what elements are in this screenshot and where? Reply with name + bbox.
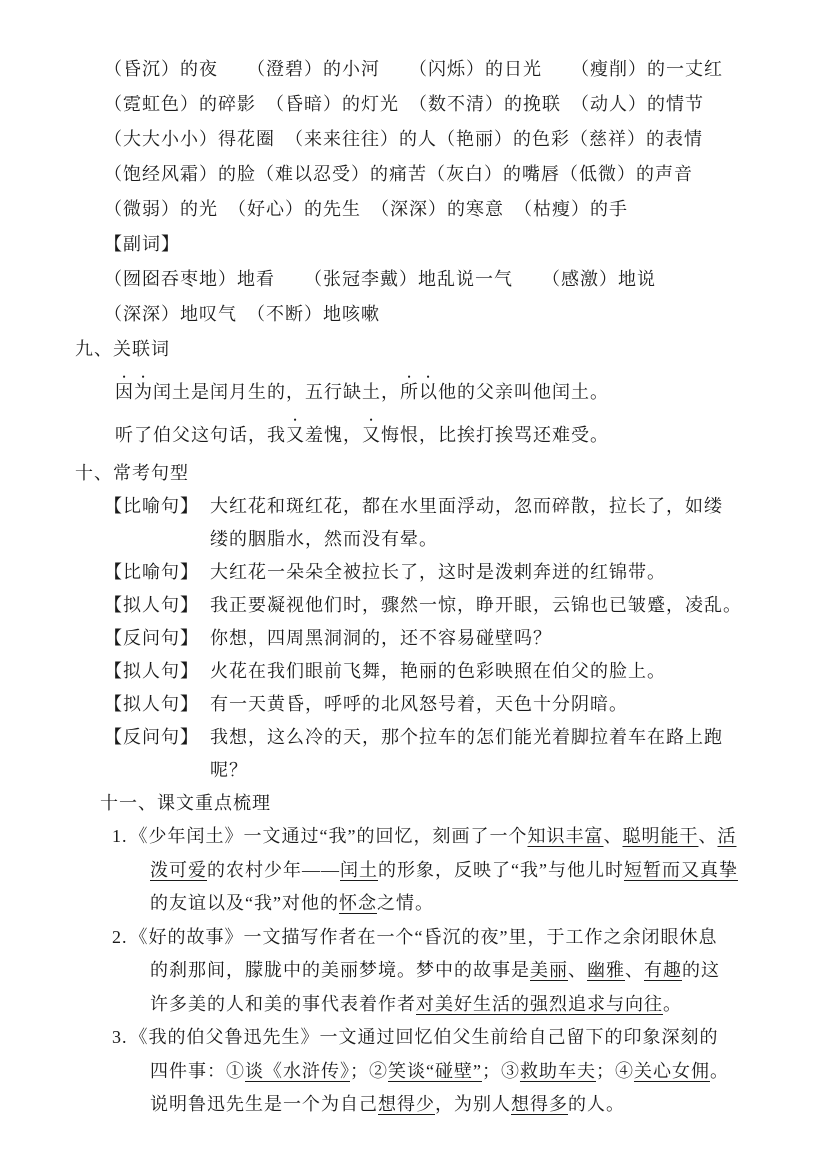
sentence-type-label: 【反问句】 (104, 628, 199, 648)
sentence-text: 我想，这么冷的天，那个拉车的怎们能光着脚拉着车在路上跑呢？ (210, 727, 723, 780)
text-segment: 、 (698, 826, 717, 846)
sentence-example-item: 【比喻句】大红花和斑红花，都在水里面浮动，忽而碎散，拉长了，如缕缕的胭脂水，然而… (210, 490, 738, 556)
sentence-example-item: 【比喻句】大红花一朵朵全被拉长了，这时是泼剌奔迸的红锦带。 (210, 556, 738, 589)
sentence-example-item: 【反问句】我想，这么冷的天，那个拉车的怎们能光着脚拉着车在路上跑呢？ (210, 721, 738, 787)
text-segment: 闰土是闰月生的，五行缺土， (153, 382, 400, 402)
text-segment: 。 (663, 994, 682, 1014)
summary-item: 2.《好的故事》一文描写作者在一个“昏沉的夜”里，于工作之余闭眼休息的刹那间，朦… (150, 921, 734, 1022)
sentence-type-label: 【拟人句】 (104, 694, 199, 714)
emphasized-word: 又 (362, 425, 381, 445)
underlined-phrase: 知识丰富 (527, 826, 603, 846)
sentence-example-item: 【反问句】你想，四周黑洞洞的，还不容易碰壁吗？ (210, 622, 738, 655)
sentence-text: 大红花和斑红花，都在水里面浮动，忽而碎散，拉长了，如缕缕的胭脂水，然而没有晕。 (210, 496, 723, 549)
item-number: 3. (112, 1027, 128, 1047)
adjective-word-line: （昏沉）的夜 （澄碧）的小河 （闪烁）的日光 （瘦削）的一丈红 (104, 52, 826, 87)
text-segment: 的农村少年—— (207, 860, 340, 880)
text-segment: 《少年闰土》一文通过“我”的回忆，刻画了一个 (130, 826, 528, 846)
text-segment: ；③ (482, 1061, 520, 1081)
underlined-phrase: 谈《水浒传》 (245, 1061, 350, 1081)
text-segment: 、 (603, 826, 622, 846)
section-heading-guanlianci: 九、关联词 (75, 332, 826, 367)
sentence-type-label: 【拟人句】 (104, 595, 199, 615)
underlined-phrase: 关心女佣 (634, 1061, 710, 1081)
summary-item: 1.《少年闰土》一文通过“我”的回忆，刻画了一个知识丰富、聪明能干、活泼可爱的农… (150, 820, 738, 921)
underlined-phrase: 对美好生活的强烈追求与向往 (416, 994, 663, 1014)
emphasized-word: 因为 (115, 382, 153, 402)
underlined-phrase: 有趣 (644, 960, 682, 980)
item-number: 1. (112, 826, 128, 846)
sentence-type-label: 【比喻句】 (104, 562, 199, 582)
underlined-phrase: 怀念 (339, 893, 377, 913)
text-segment: ；② (350, 1061, 388, 1081)
example-sentence: 因为闰土是闰月生的，五行缺土，所以他的父亲叫他闰土。 (115, 372, 826, 410)
sentence-text: 你想，四周黑洞洞的，还不容易碰壁吗？ (210, 628, 552, 648)
text-segment: 悔恨，比挨打挨骂还难受。 (381, 425, 609, 445)
section-heading-juxing: 十、常考句型 (75, 457, 826, 490)
adverb-heading: 【副词】 (104, 227, 826, 262)
text-segment: 的人。 (568, 1094, 625, 1114)
underlined-phrase: 聪明能干 (622, 826, 698, 846)
adjective-word-line: （微弱）的光 （好心）的先生 （深深）的寒意 （枯瘦）的手 (104, 192, 826, 227)
sentence-example-item: 【拟人句】有一天黄昏，呼呼的北风怒号着，天色十分阴暗。 (210, 688, 738, 721)
underlined-phrase: 幽雅 (587, 960, 625, 980)
sentence-type-label: 【拟人句】 (104, 661, 199, 681)
text-segment: 、 (568, 960, 587, 980)
text-segment: 他的父亲叫他闰土。 (438, 382, 609, 402)
sentence-text: 有一天黄昏，呼呼的北风怒号着，天色十分阴暗。 (210, 694, 628, 714)
sentence-text: 大红花一朵朵全被拉长了，这时是泼剌奔迸的红锦带。 (210, 562, 666, 582)
item-number: 2. (112, 927, 128, 947)
text-segment: ；④ (596, 1061, 634, 1081)
sentence-text: 火花在我们眼前飞舞，艳丽的色彩映照在伯父的脸上。 (210, 661, 666, 681)
adverb-word-line: （囫囵吞枣地）地看 （张冠李戴）地乱说一气 （感激）地说 (104, 262, 826, 297)
text-segment: 的友谊以及“我”对他的 (150, 893, 339, 913)
emphasized-word: 所以 (400, 382, 438, 402)
summary-item: 3.《我的伯父鲁迅先生》一文通过回忆伯父生前给自己留下的印象深刻的四件事：①谈《… (150, 1021, 734, 1122)
sentence-example-item: 【拟人句】火花在我们眼前飞舞，艳丽的色彩映照在伯父的脸上。 (210, 655, 738, 688)
underlined-phrase: 想得多 (511, 1094, 568, 1114)
sentence-text: 我正要凝视他们时，骤然一惊，睁开眼，云锦也已皱蹙，凌乱。 (210, 595, 742, 615)
adjective-word-line: （饱经风霜）的脸（难以忍受）的痛苦（灰白）的嘴唇（低微）的声音 (104, 157, 826, 192)
underlined-phrase: 短暂而又真挚 (624, 860, 738, 880)
sentence-example-item: 【拟人句】我正要凝视他们时，骤然一惊，睁开眼，云锦也已皱蹙，凌乱。 (210, 589, 738, 622)
underlined-phrase: 闰土 (340, 860, 378, 880)
adjective-word-line: （霓虹色）的碎影 （昏暗）的灯光 （数不清）的挽联 （动人）的情节 (104, 87, 826, 122)
text-segment: 的形象，反映了“我”与他儿时 (378, 860, 624, 880)
underlined-phrase: 救助车夫 (520, 1061, 596, 1081)
section-heading-kewen: 十一、课文重点梳理 (100, 787, 826, 820)
underlined-phrase: 美丽 (530, 960, 568, 980)
sentence-type-label: 【比喻句】 (104, 496, 199, 516)
emphasized-word: 又 (286, 425, 305, 445)
adjective-word-line: （大大小小）得花圈 （来来往往）的人（艳丽）的色彩（慈祥）的表情 (104, 122, 826, 157)
sentence-type-label: 【反问句】 (104, 727, 199, 747)
adverb-word-line: （深深）地叹气 （不断）地咳嗽 (104, 297, 826, 332)
text-segment: 、 (625, 960, 644, 980)
example-sentence: 听了伯父这句话，我又羞愧，又悔恨，比挨打挨骂还难受。 (115, 415, 826, 453)
text-segment: 羞愧， (305, 425, 362, 445)
text-segment: ，为别人 (435, 1094, 511, 1114)
text-segment: 听了伯父这句话，我 (115, 425, 286, 445)
underlined-phrase: 想得少 (378, 1094, 435, 1114)
document-page: （昏沉）的夜 （澄碧）的小河 （闪烁）的日光 （瘦削）的一丈红 （霓虹色）的碎影… (0, 0, 826, 1169)
underlined-phrase: 笑谈“碰壁” (388, 1061, 482, 1081)
text-segment: 之情。 (377, 893, 434, 913)
